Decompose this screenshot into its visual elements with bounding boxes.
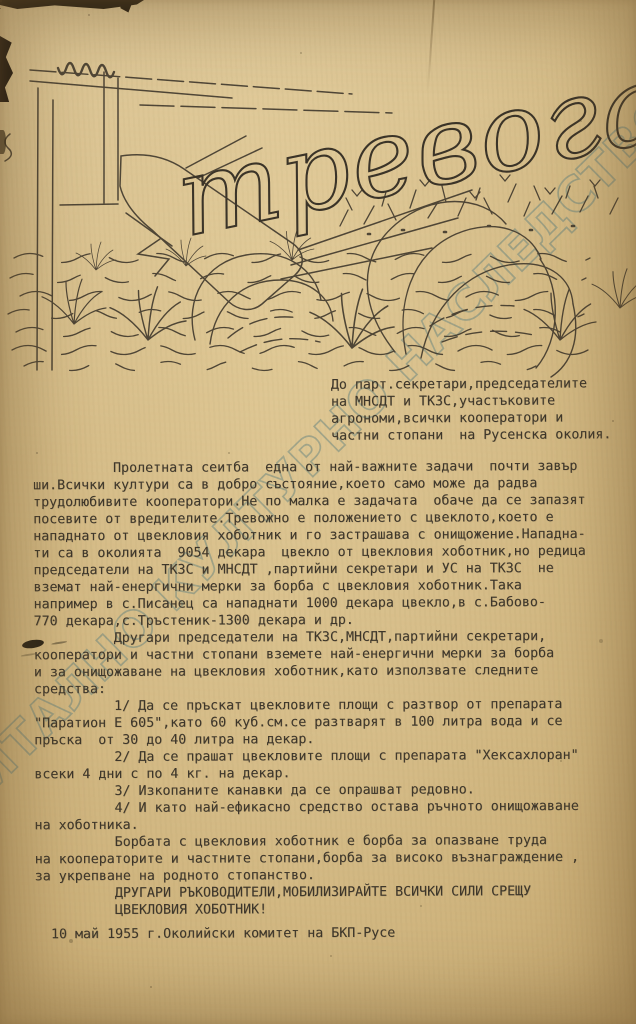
leaf-fans-drawing [42, 229, 636, 348]
body-text: Пролетната сеитба една от най-важните за… [33, 458, 635, 944]
footer: 10 май 1955 г. Околийски комитет на БКП-… [35, 924, 635, 944]
scanned-leaflet-page: ИТАЛНО КУЛТУРНО НАСЛЕДСТВО - Ру [0, 0, 636, 1024]
measure-item-1: 1/ Да се пръскат цвекловите площи с разт… [34, 696, 634, 750]
measure-item-2: 2/ Да се прашат цвекловите площи с препа… [34, 747, 634, 784]
left-edge-damage-small [0, 130, 6, 154]
date: 10 май 1955 г. [35, 926, 163, 944]
paragraph-importance: Борбата с цвекловия хоботник е борба за … [35, 832, 635, 886]
signature: Околийски комитет на БКП-Русе [163, 925, 395, 943]
paper-speckles [0, 0, 2, 2]
slogan: ДРУГАРИ РЪКОВОДИТЕЛИ,МОБИЛИЗИРАЙТЕ ВСИЧК… [35, 883, 635, 920]
paragraph-spring-sowing: Пролетната сеитба една от най-важните за… [33, 458, 634, 631]
masthead-title: тревога [166, 40, 636, 261]
masthead-illustration: тревога [0, 8, 636, 380]
address-block: До парт.секретари,председателите на МНСД… [331, 375, 612, 444]
measure-item-4: 4/ И като най-ефикасно средство остава р… [34, 798, 634, 835]
paragraph-call-to-action: Другари председатели на ТКЗС,МНСДТ,парти… [34, 628, 634, 699]
